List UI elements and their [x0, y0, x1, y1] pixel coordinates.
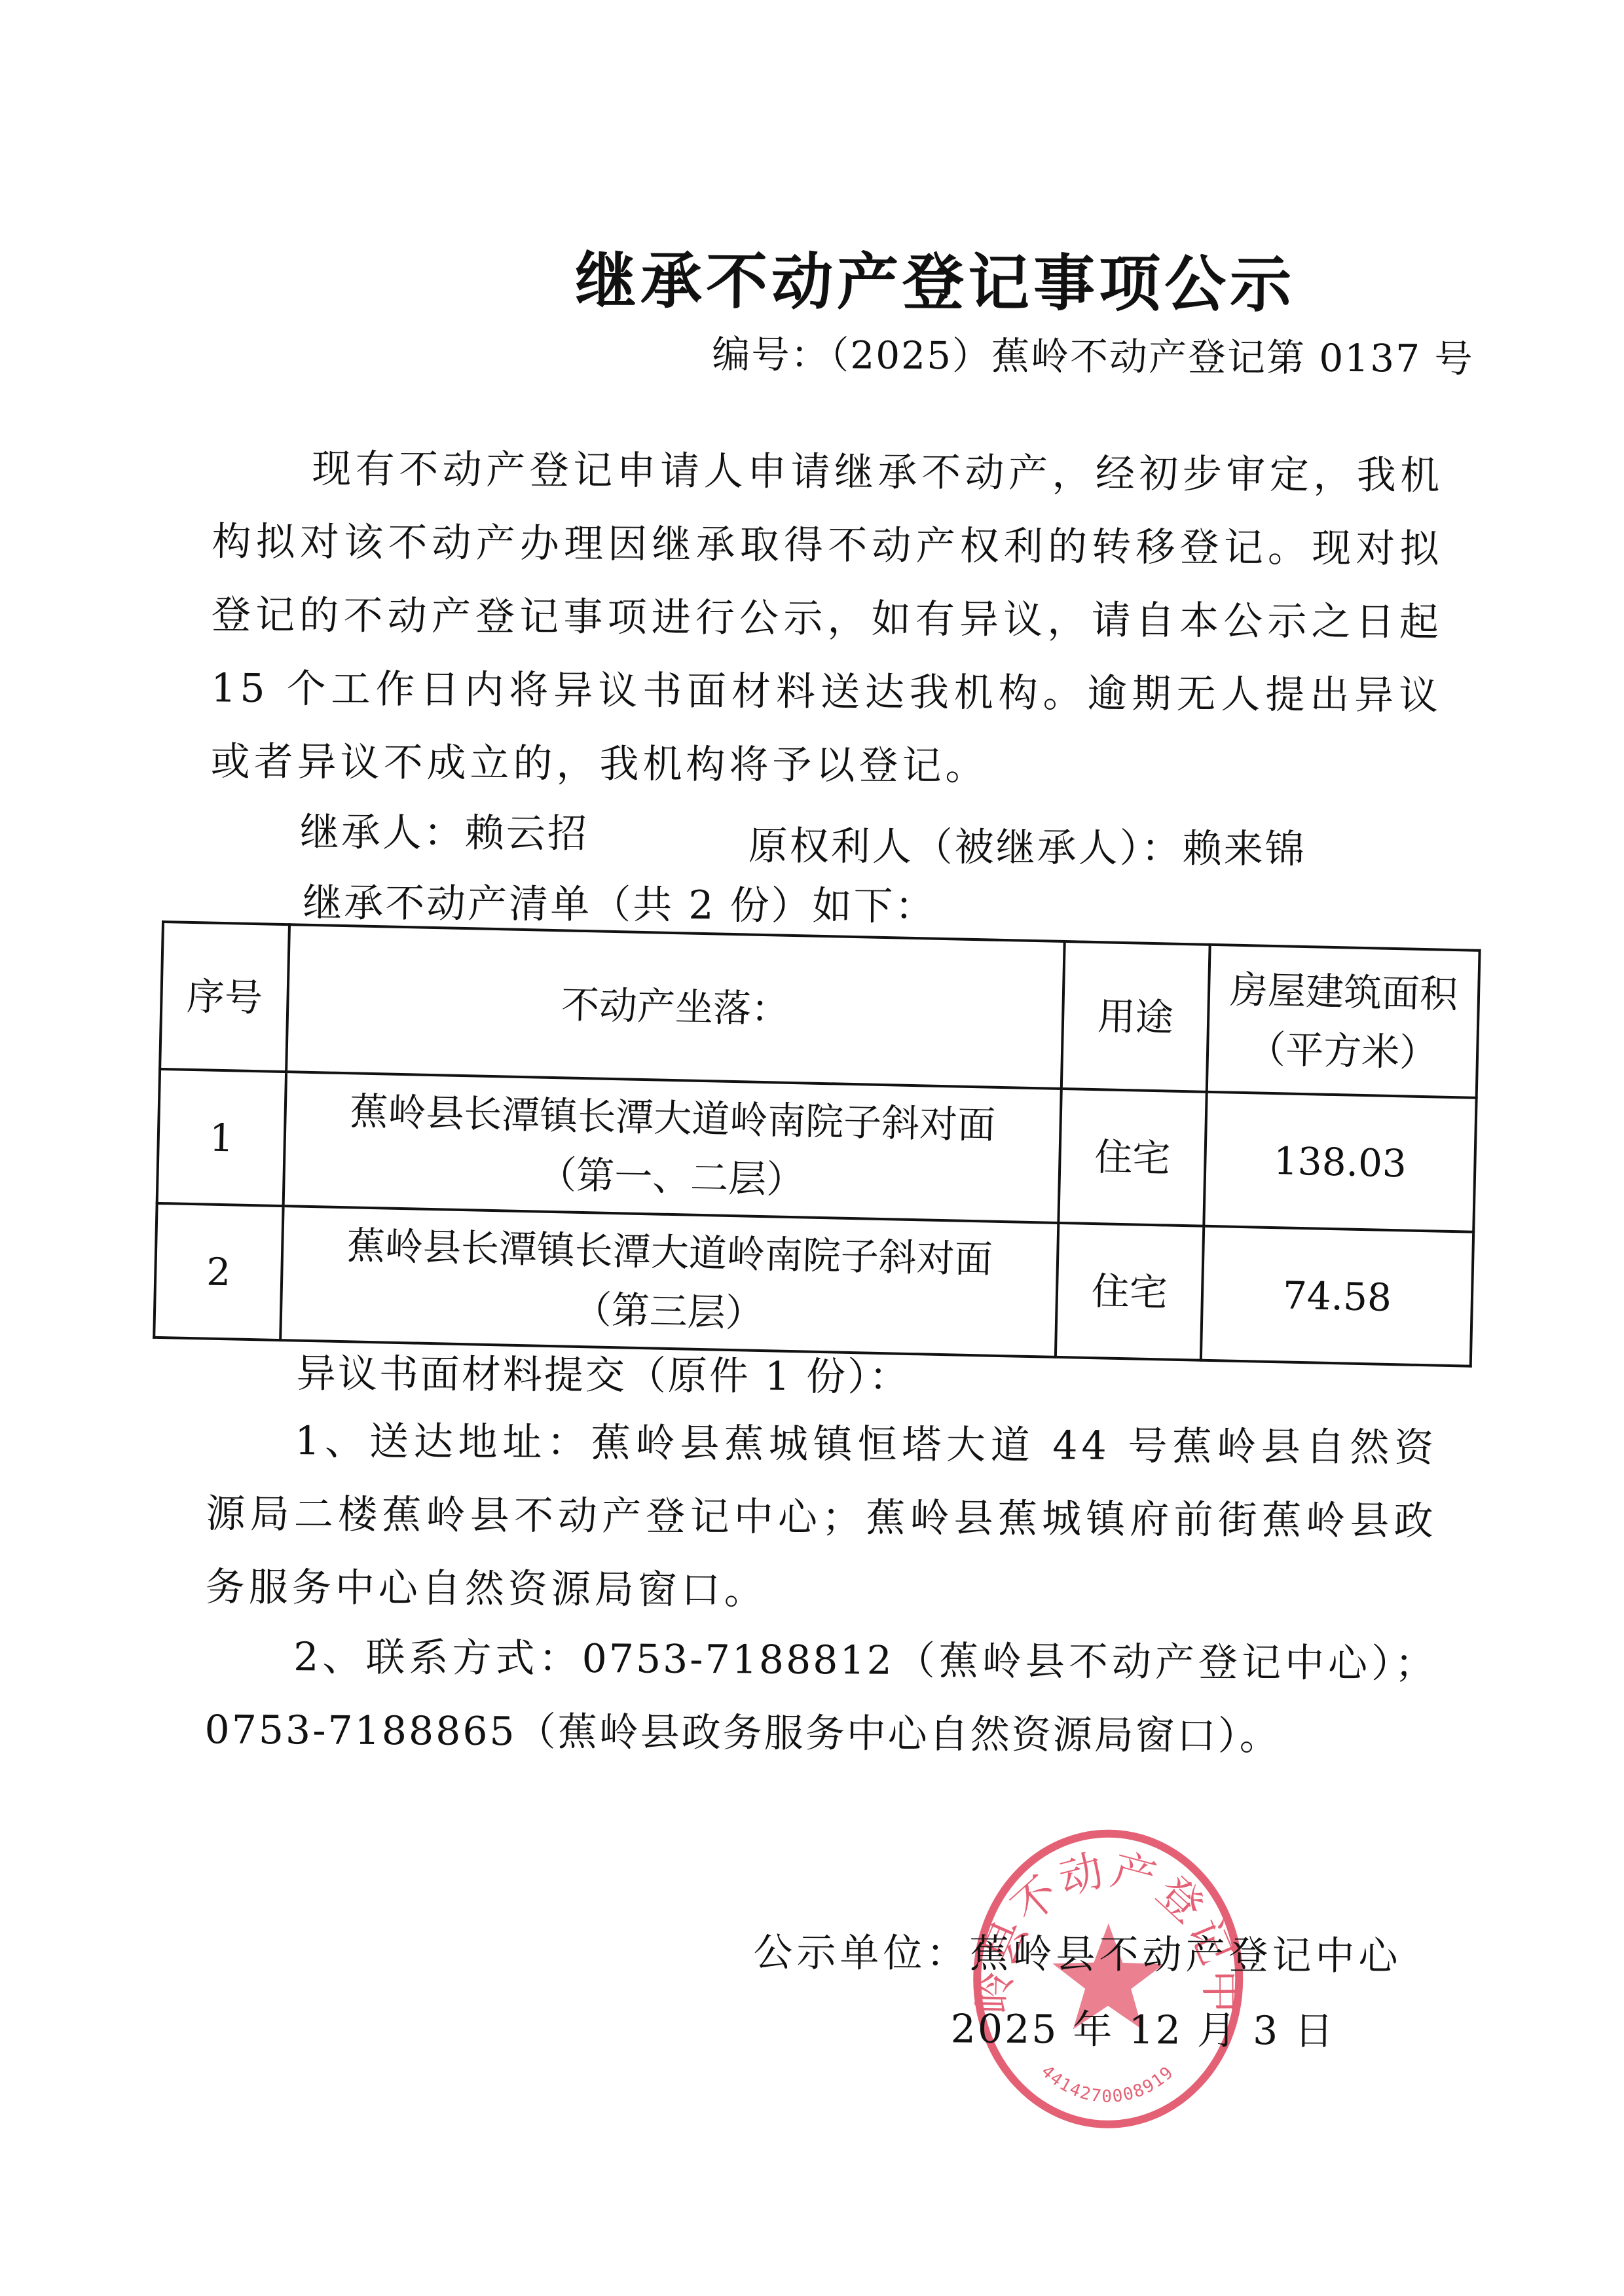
objection-heading: 异议书面材料提交（原件 1 份）：: [297, 1342, 911, 1402]
property-list-intro: 继承不动产清单（共 2 份）如下：: [303, 871, 936, 932]
header-area: 房屋建筑面积 （平方米）: [1207, 945, 1480, 1098]
heir-name: 继承人：赖云招: [300, 801, 589, 859]
row-area: 138.03: [1204, 1092, 1476, 1232]
row-seq: 1: [157, 1069, 286, 1206]
property-table: 序号 不动产坐落： 用途 房屋建筑面积 （平方米） 1 蕉岭县长潭镇长潭大道岭南…: [153, 920, 1481, 1368]
row-area: 74.58: [1201, 1226, 1473, 1366]
row-location: 蕉岭县长潭镇长潭大道岭南院子斜对面 （第一、二层）: [283, 1072, 1061, 1223]
header-use: 用途: [1061, 941, 1209, 1092]
document-number: 编号：（2025）蕉岭不动产登记第 0137 号: [712, 323, 1474, 383]
contact-info: 2、联系方式：0753-7188812（蕉岭县不动产登记中心）；0753-718…: [204, 1620, 1436, 1774]
header-area-line2: （平方米）: [1208, 1018, 1477, 1083]
svg-text:蕉岭县不动产登记中心: 蕉岭县不动产登记中心: [967, 1824, 1248, 2016]
header-location: 不动产坐落：: [286, 924, 1064, 1089]
publish-date: 2025 年 12 月 3 日: [951, 1997, 1336, 2056]
row-use: 住宅: [1055, 1223, 1204, 1360]
row-location: 蕉岭县长潭镇长潭大道岭南院子斜对面 （第三层）: [280, 1206, 1058, 1357]
table-header-row: 序号 不动产坐落： 用途 房屋建筑面积 （平方米）: [160, 922, 1479, 1098]
publisher: 公示单位：蕉岭县不动产登记中心: [753, 1921, 1402, 1981]
original-owner-name: 原权利人（被继承人）：赖来锦: [748, 814, 1307, 874]
row-seq: 2: [154, 1203, 283, 1340]
header-seq: 序号: [160, 922, 289, 1072]
row-use: 住宅: [1058, 1089, 1207, 1226]
delivery-address: 1、送达地址：蕉岭县蕉城镇恒塔大道 44 号蕉岭县自然资源局二楼蕉岭县不动产登记…: [206, 1404, 1438, 1631]
intro-paragraph: 现有不动产登记申请人申请继承不动产，经初步审定，我机构拟对该不动产办理因继承取得…: [210, 431, 1443, 805]
header-area-line1: 房屋建筑面积: [1209, 959, 1478, 1024]
notice-page: 继承不动产登记事项公示 编号：（2025）蕉岭不动产登记第 0137 号 现有不…: [0, 0, 1624, 2296]
svg-text:4414270008919: 4414270008919: [1037, 2062, 1178, 2107]
document-title: 继承不动产登记事项公示: [575, 231, 1296, 324]
table-row: 2 蕉岭县长潭镇长潭大道岭南院子斜对面 （第三层） 住宅 74.58: [154, 1203, 1473, 1366]
